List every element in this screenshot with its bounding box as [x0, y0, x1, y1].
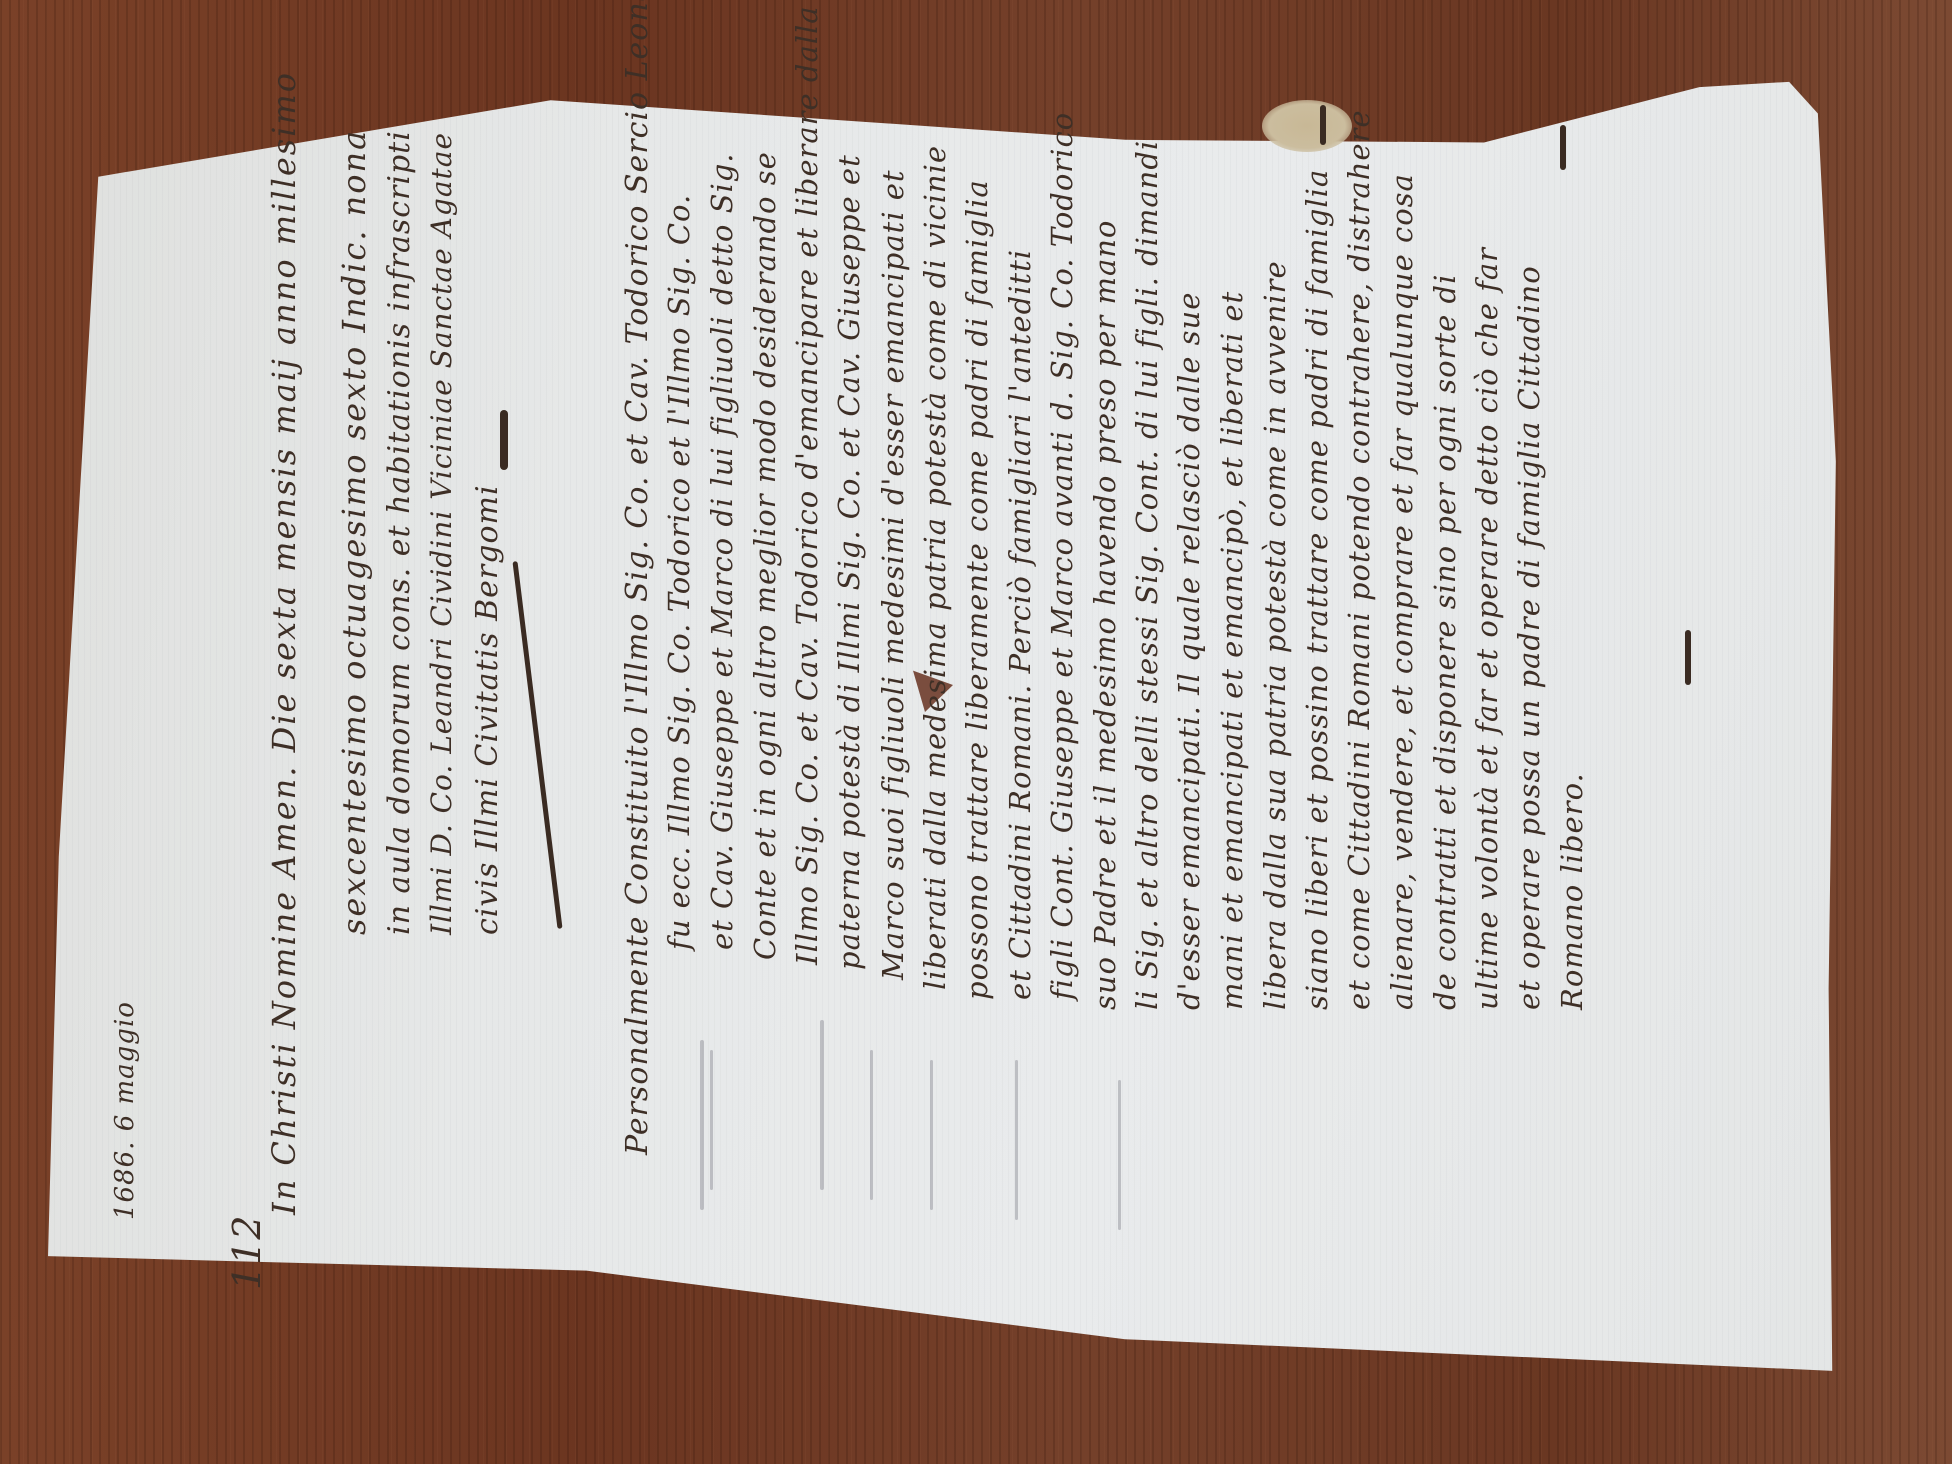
end-dash-heading: [500, 410, 508, 470]
body-line: alienare, vendere, et comprare et far qu…: [1385, 173, 1419, 1010]
body-line: et Cittadini Romani. Perciò famigliari l…: [1003, 249, 1037, 1000]
body-line: li Sig. et altro delli stessi Sig. Cont.…: [1130, 140, 1164, 1010]
body-line: et operare possa un padre di famiglia Ci…: [1512, 265, 1546, 1010]
end-dash-body-2: [1560, 125, 1566, 170]
page-number: 112: [225, 1214, 269, 1290]
bleed-through-mark: [1015, 1060, 1018, 1220]
heading-line: Illmi D. Co. Leandri Cividini Viciniae S…: [425, 132, 458, 935]
body-line: Illmo Sig. Co. et Cav. Todorico d'emanci…: [790, 5, 824, 965]
bleed-through-mark: [930, 1060, 933, 1210]
body-line: figli Cont. Giuseppe et Marco avanti d. …: [1045, 112, 1079, 1000]
bleed-through-mark: [820, 1020, 824, 1190]
body-line: paterna potestà di Illmi Sig. Co. et Cav…: [832, 154, 866, 970]
water-stain: [1262, 100, 1352, 152]
body-line: et Cav. Giuseppe et Marco di lui figliuo…: [705, 152, 739, 950]
body-line: ultime volontà et far et operare detto c…: [1470, 247, 1504, 1010]
heading-line: sexcentesimo octuagesimo sexto Indic. no…: [335, 129, 373, 935]
heading-line: civis Illmi Civitatis Bergomi: [470, 484, 505, 935]
bleed-through-mark: [700, 1040, 704, 1210]
body-line: Marco suoi figliuoli medesimi d'esser em…: [876, 169, 910, 980]
bleed-through-mark: [870, 1050, 873, 1200]
body-line: suo Padre et il medesimo havendo preso p…: [1088, 220, 1122, 1010]
body-line: siano liberi et possino trattare come pa…: [1300, 169, 1334, 1010]
bleed-through-mark: [1118, 1080, 1121, 1230]
body-line: Personalmente Constituito l'Illmo Sig. C…: [620, 0, 655, 1155]
end-dash-body-1: [1320, 105, 1326, 145]
body-line: fu ecc. Illmo Sig. Co. Todorico et l'Ill…: [662, 194, 696, 950]
heading-line: In Christi Nomine Amen. Die sexta mensis…: [265, 71, 303, 1215]
bleed-through-mark: [710, 1050, 713, 1190]
body-line: possono trattare liberamente come padri …: [960, 179, 994, 1000]
body-line: Romano libero.: [1555, 772, 1589, 1010]
heading-line: in aula domorum cons. et habitationis in…: [382, 130, 417, 935]
body-line: Conte et in ogni altro meglior modo desi…: [748, 151, 782, 960]
body-line: libera dalla sua patria potestà come in …: [1258, 260, 1292, 1010]
body-line: d'esser emancipati. Il quale relasciò da…: [1172, 292, 1206, 1010]
body-line: mani et emancipati et emancipò, et liber…: [1215, 291, 1249, 1010]
body-line: et come Cittadini Romani potendo contrah…: [1342, 109, 1376, 1010]
body-line: liberati dalla medesima patria potestà c…: [918, 145, 952, 990]
body-line: de contratti et disponere sino per ogni …: [1428, 274, 1462, 1010]
margin-date: 1686. 6 maggio: [110, 1001, 140, 1220]
end-dash-body-3: [1685, 630, 1691, 685]
